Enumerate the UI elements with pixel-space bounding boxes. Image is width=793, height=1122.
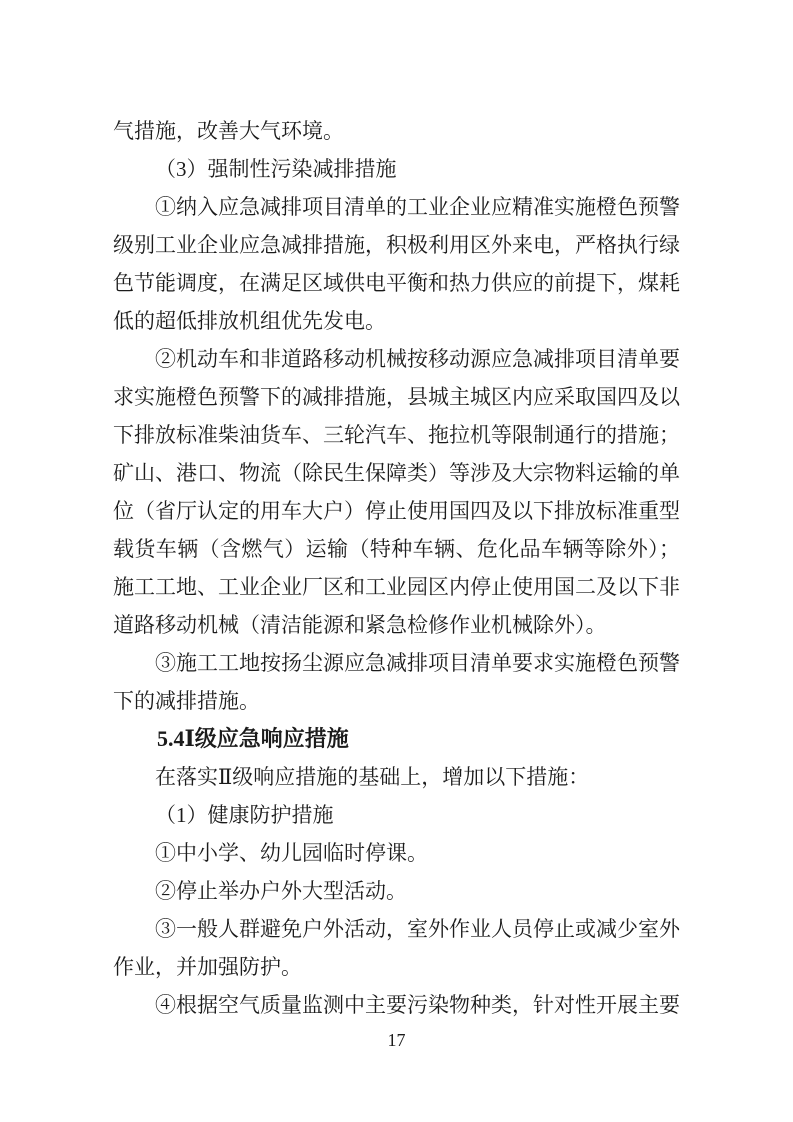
para-health-measure-4: ④根据空气质量监测中主要污染物种类，针对性开展主要 bbox=[113, 986, 680, 1024]
para-subsection-3-title: （3）强制性污染减排措施 bbox=[113, 150, 680, 188]
document-page: 气措施，改善大气环境。 （3）强制性污染减排措施 ①纳入应急减排项目清单的工业企… bbox=[0, 0, 793, 1122]
para-continuation: 气措施，改善大气环境。 bbox=[113, 112, 680, 150]
para-level1-intro: 在落实Ⅱ级响应措施的基础上，增加以下措施： bbox=[113, 758, 680, 796]
para-health-protection-title: （1）健康防护措施 bbox=[113, 796, 680, 834]
document-body: 气措施，改善大气环境。 （3）强制性污染减排措施 ①纳入应急减排项目清单的工业企… bbox=[113, 112, 680, 1024]
page-number: 17 bbox=[0, 1028, 793, 1052]
para-health-measure-2: ②停止举办户外大型活动。 bbox=[113, 872, 680, 910]
para-mandatory-measure-3: ③施工工地按扬尘源应急减排项目清单要求实施橙色预警下的减排措施。 bbox=[113, 644, 680, 720]
section-heading-5-4: 5.4Ⅰ级应急响应措施 bbox=[113, 720, 680, 758]
para-health-measure-3: ③一般人群避免户外活动，室外作业人员停止或减少室外作业，并加强防护。 bbox=[113, 910, 680, 986]
para-mandatory-measure-2: ②机动车和非道路移动机械按移动源应急减排项目清单要求实施橙色预警下的减排措施，县… bbox=[113, 340, 680, 644]
para-mandatory-measure-1: ①纳入应急减排项目清单的工业企业应精准实施橙色预警级别工业企业应急减排措施，积极… bbox=[113, 188, 680, 340]
para-health-measure-1: ①中小学、幼儿园临时停课。 bbox=[113, 834, 680, 872]
